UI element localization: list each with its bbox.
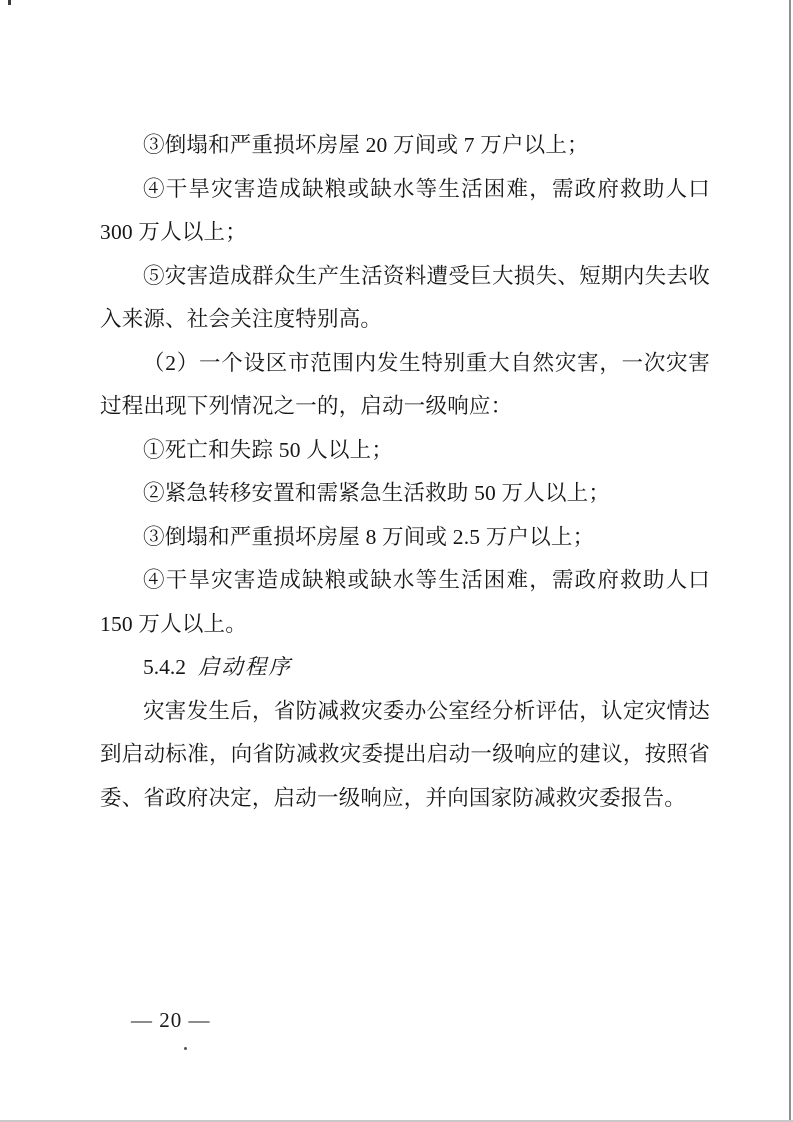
clause-line-continuation: 入来源、社会关注度特别高。 bbox=[100, 298, 710, 342]
scan-artifact-mark bbox=[8, 0, 11, 5]
section-heading-number: 5.4.2 bbox=[143, 655, 186, 679]
scan-edge-right bbox=[789, 0, 791, 1122]
clause-line: ③倒塌和严重损坏房屋 8 万间或 2.5 万户以上； bbox=[100, 516, 710, 560]
section-heading: 5.4.2启动程序 bbox=[100, 646, 710, 690]
page-number: — 20 — bbox=[131, 1005, 211, 1035]
clause-line-continuation: 300 万人以上； bbox=[100, 211, 710, 255]
clause-line-continuation: 150 万人以上。 bbox=[100, 603, 710, 647]
section-heading-title: 启动程序 bbox=[198, 655, 292, 679]
clause-line: ④干旱灾害造成缺粮或缺水等生活困难，需政府救助人口 bbox=[100, 168, 710, 212]
clause-line: ④干旱灾害造成缺粮或缺水等生活困难，需政府救助人口 bbox=[100, 559, 710, 603]
scan-dot-artifact bbox=[184, 1047, 187, 1050]
paragraph-line: （2）一个设区市范围内发生特别重大自然灾害，一次灾害 bbox=[100, 342, 710, 386]
clause-line: ③倒塌和严重损坏房屋 20 万间或 7 万户以上； bbox=[100, 124, 710, 168]
paragraph-line-continuation: 委、省政府决定，启动一级响应，并向国家防减救灾委报告。 bbox=[100, 777, 710, 821]
paragraph-line-continuation: 到启动标准，向省防减救灾委提出启动一级响应的建议，按照省 bbox=[100, 733, 710, 777]
paragraph-line-continuation: 过程出现下列情况之一的，启动一级响应： bbox=[100, 385, 710, 429]
clause-line: ①死亡和失踪 50 人以上； bbox=[100, 429, 710, 473]
clause-line: ②紧急转移安置和需紧急生活救助 50 万人以上； bbox=[100, 472, 710, 516]
paragraph-line: 灾害发生后，省防减救灾委办公室经分析评估，认定灾情达 bbox=[100, 690, 710, 734]
document-text-body: ③倒塌和严重损坏房屋 20 万间或 7 万户以上； ④干旱灾害造成缺粮或缺水等生… bbox=[100, 124, 710, 820]
clause-line: ⑤灾害造成群众生产生活资料遭受巨大损失、短期内失去收 bbox=[100, 255, 710, 299]
scanned-document-page: { "colors": { "paper": "#ffffff", "ink":… bbox=[0, 0, 793, 1122]
